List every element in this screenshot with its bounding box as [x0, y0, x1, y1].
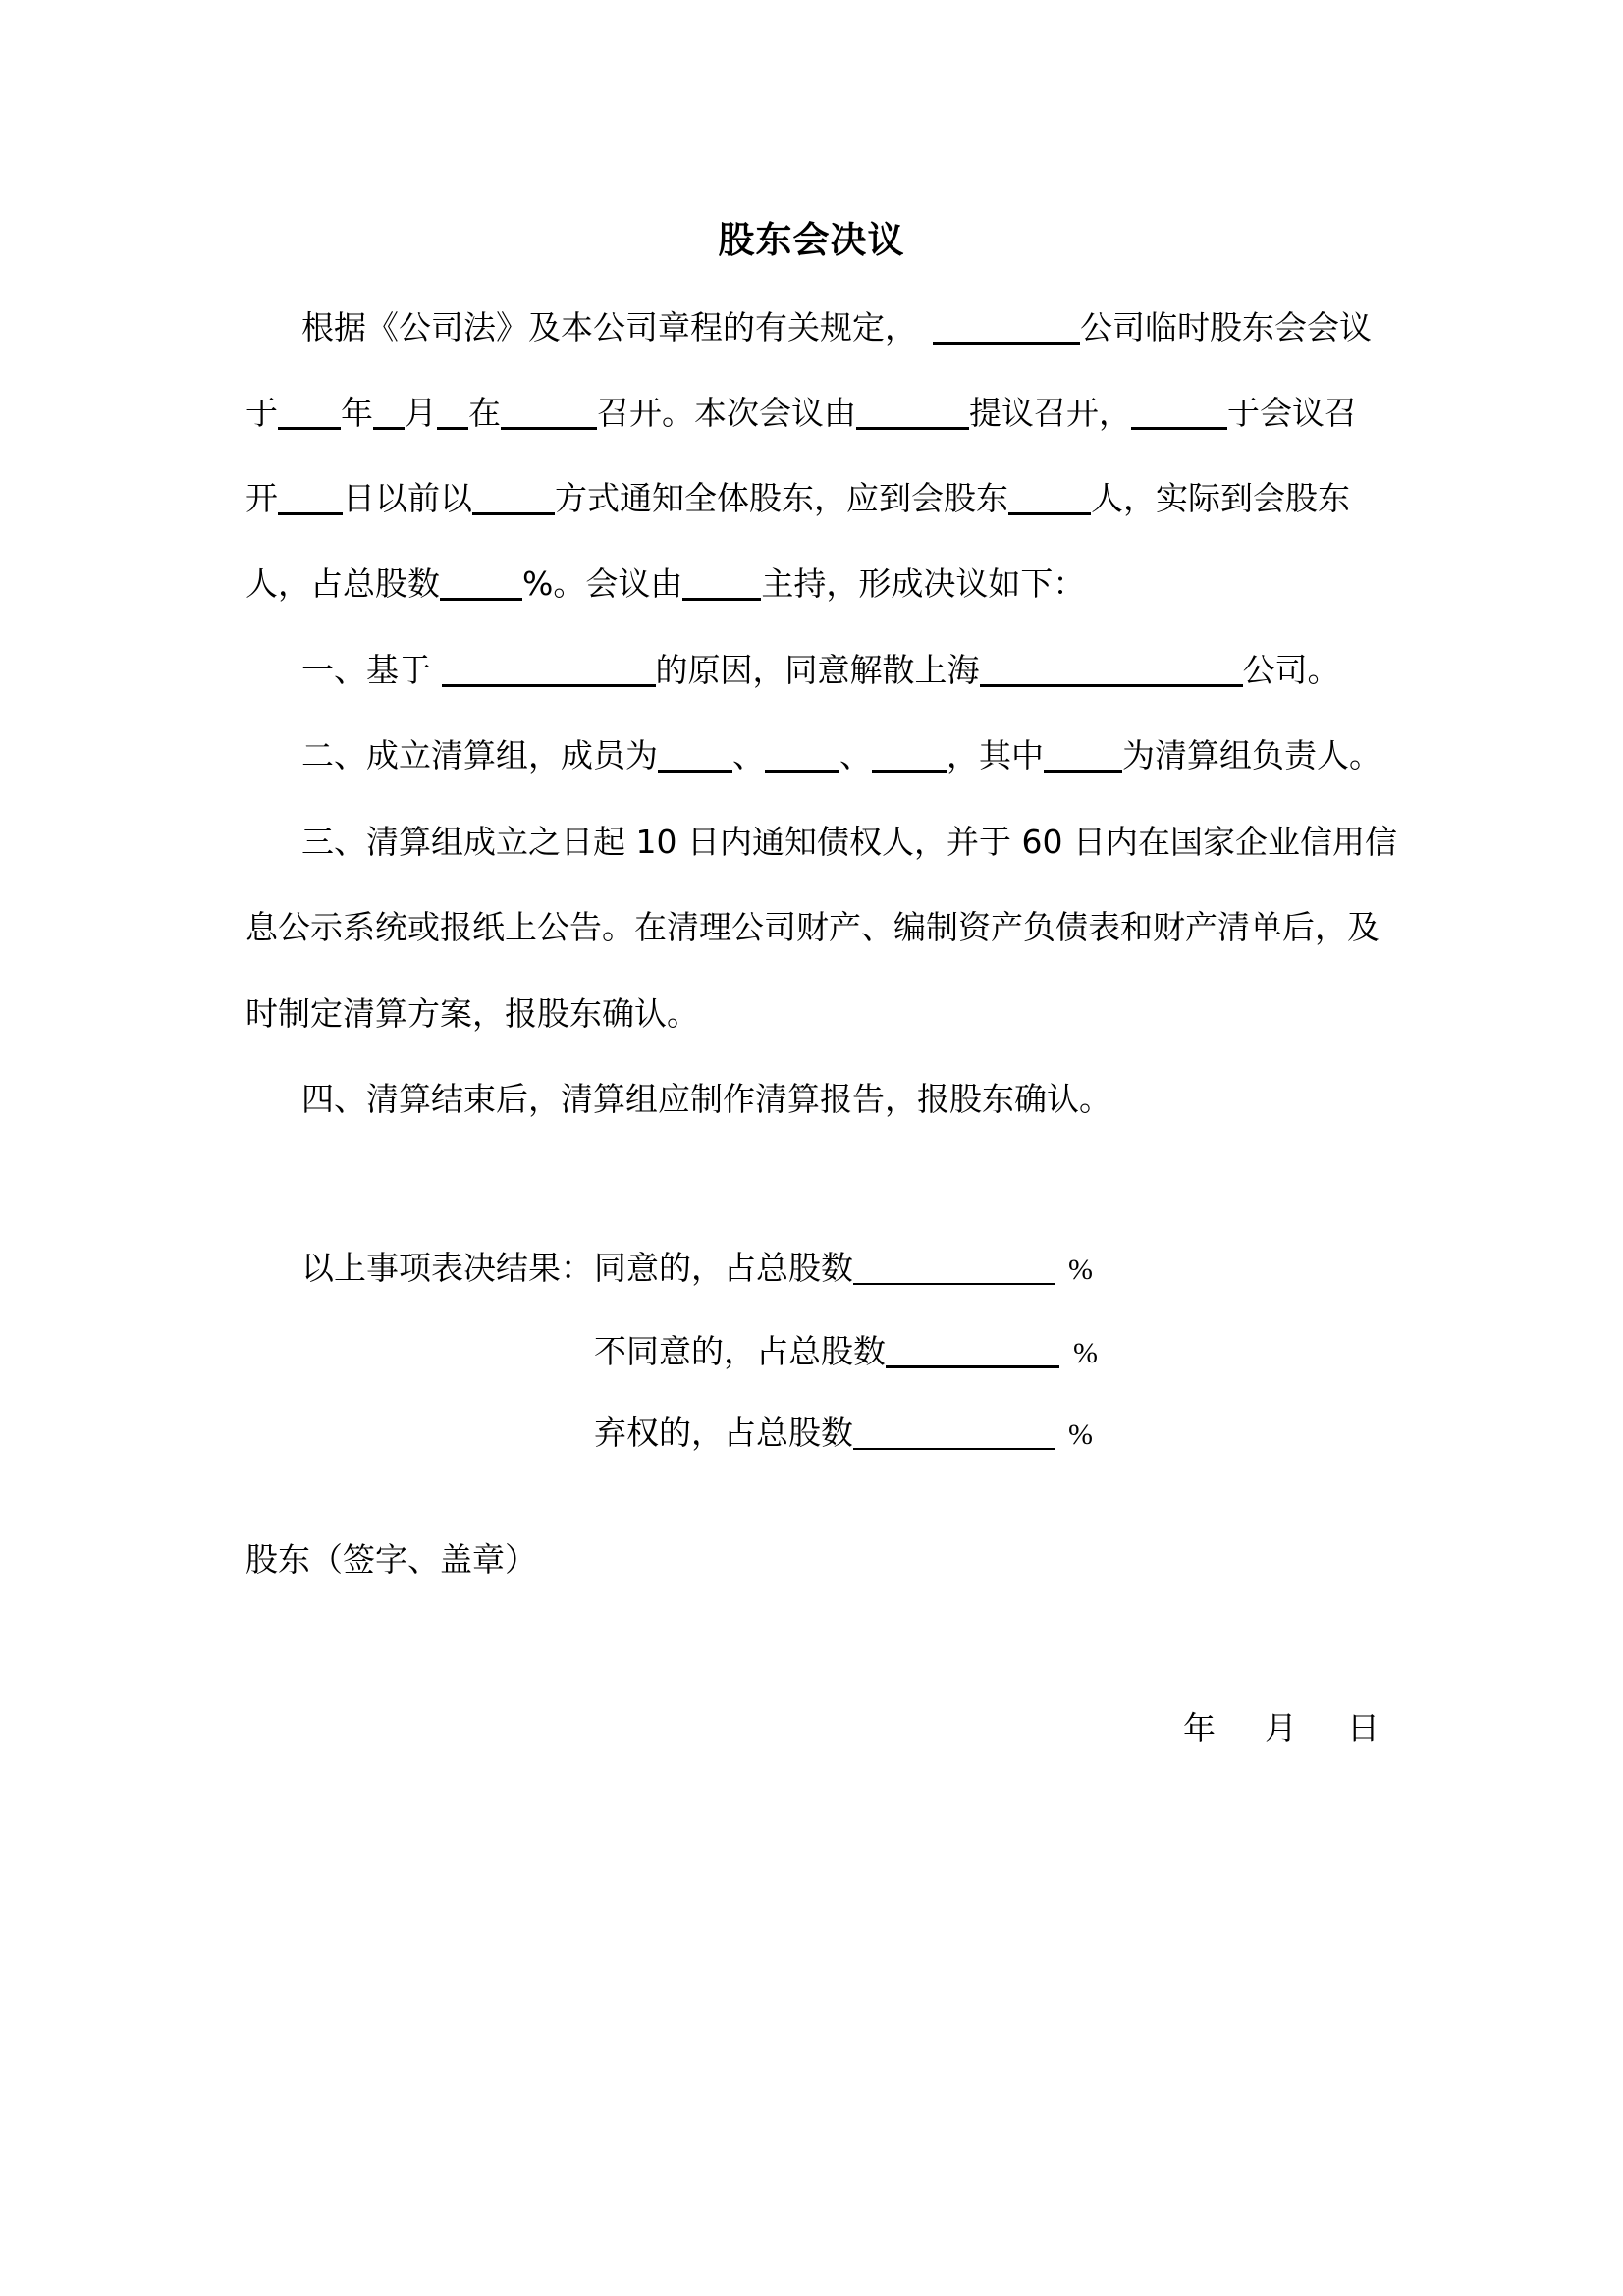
resolution-text: 公司。 [1243, 651, 1340, 689]
vote-abstain-label: 弃权的，占总股数 [594, 1414, 853, 1452]
member-2-blank[interactable] [765, 740, 839, 773]
vote-abstain-blank[interactable] [853, 1418, 1055, 1450]
member-1-blank[interactable] [658, 740, 732, 773]
intro-text: 月 [405, 394, 437, 432]
share-percent-blank[interactable] [440, 568, 522, 601]
intro-text: 方式通知全体股东，应到会股东 [555, 479, 1008, 517]
document-title: 股东会决议 [0, 218, 1623, 263]
intro-text: 公司临时股东会会议 [1080, 308, 1372, 347]
intro-text: 提议召开， [969, 394, 1131, 432]
resolution-text: 、 [839, 736, 872, 774]
year-blank[interactable] [278, 398, 341, 430]
resolution-1: 一、基于 的原因，同意解散上海公司。 [301, 649, 1377, 692]
intro-text: 开 [245, 479, 278, 517]
percent-sign: % [1068, 1418, 1093, 1451]
intro-text: 日以前以 [343, 479, 472, 517]
intro-text: 在 [468, 394, 501, 432]
notify-method-blank[interactable] [472, 483, 555, 515]
resolution-text: 二、成立清算组，成员为 [301, 736, 658, 774]
percent-sign: % [1068, 1254, 1093, 1286]
intro-text: 人，占总股数 [245, 564, 440, 603]
intro-text: %。会议由 [522, 564, 682, 603]
resolution-text: 的原因，同意解散上海 [656, 651, 980, 689]
vote-agree-label: 同意的，占总股数 [594, 1249, 853, 1287]
vote-disagree-label: 不同意的，占总股数 [594, 1332, 886, 1370]
reason-blank[interactable] [442, 655, 656, 687]
date-month: 月 [1265, 1707, 1297, 1750]
resolution-text: 、 [732, 736, 765, 774]
company-name-blank[interactable] [933, 312, 1080, 345]
leader-blank[interactable] [1044, 740, 1122, 773]
member-3-blank[interactable] [872, 740, 947, 773]
expected-count-blank[interactable] [1008, 483, 1091, 515]
intro-text: 根据《公司法》及本公司章程的有关规定， [301, 308, 917, 347]
intro-text: 主持，形成决议如下： [761, 564, 1085, 603]
resolution-text: 一、基于 [301, 651, 442, 689]
resolution-text: 为清算组负责人。 [1122, 736, 1381, 774]
date-day: 日 [1347, 1707, 1380, 1750]
day-blank[interactable] [437, 398, 468, 430]
resolution-3-line-3: 时制定清算方案，报股东确认。 [245, 992, 1377, 1036]
document-page: 股东会决议 根据《公司法》及本公司章程的有关规定，公司临时股东会会议 于年月在召… [0, 0, 1623, 2296]
intro-text: 召开。本次会议由 [597, 394, 856, 432]
intro-line-1: 根据《公司法》及本公司章程的有关规定，公司临时股东会会议 [301, 306, 1377, 349]
resolution-3-line-1: 三、清算组成立之日起 10 日内通知债权人，并于 60 日内在国家企业信用信 [301, 821, 1377, 864]
chair-blank[interactable] [682, 568, 761, 601]
vote-abstain-row: 弃权的，占总股数% [594, 1412, 1093, 1457]
vote-disagree-blank[interactable] [886, 1336, 1059, 1368]
resolution-3-line-2: 息公示系统或报纸上公告。在清理公司财产、编制资产负债表和财产清单后，及 [245, 906, 1377, 949]
date-year: 年 [1183, 1707, 1216, 1750]
voting-label: 以上事项表决结果： [301, 1247, 593, 1290]
vote-disagree-row: 不同意的，占总股数% [594, 1330, 1098, 1375]
vote-agree-row: 同意的，占总股数% [594, 1247, 1093, 1292]
days-before-blank[interactable] [278, 483, 343, 515]
intro-line-2: 于年月在召开。本次会议由提议召开，于会议召 [245, 392, 1377, 435]
vote-agree-blank[interactable] [853, 1254, 1055, 1285]
intro-text: 于会议召 [1227, 394, 1357, 432]
intro-text: 人，实际到会股东 [1091, 479, 1350, 517]
intro-line-3: 开日以前以方式通知全体股东，应到会股东人，实际到会股东 [245, 477, 1377, 520]
dissolved-company-blank[interactable] [980, 655, 1243, 687]
notifier-blank[interactable] [1131, 398, 1227, 430]
month-blank[interactable] [373, 398, 405, 430]
resolution-text: ，其中 [947, 736, 1044, 774]
proposer-blank[interactable] [856, 398, 969, 430]
intro-text: 于 [245, 394, 278, 432]
location-blank[interactable] [501, 398, 597, 430]
intro-line-4: 人，占总股数%。会议由主持，形成决议如下： [245, 562, 1377, 606]
shareholder-signature-label: 股东（签字、盖章） [245, 1538, 537, 1581]
intro-text: 年 [341, 394, 373, 432]
resolution-4: 四、清算结束后，清算组应制作清算报告，报股东确认。 [301, 1078, 1377, 1121]
resolution-2: 二、成立清算组，成员为、、，其中为清算组负责人。 [301, 734, 1377, 777]
percent-sign: % [1073, 1337, 1098, 1369]
